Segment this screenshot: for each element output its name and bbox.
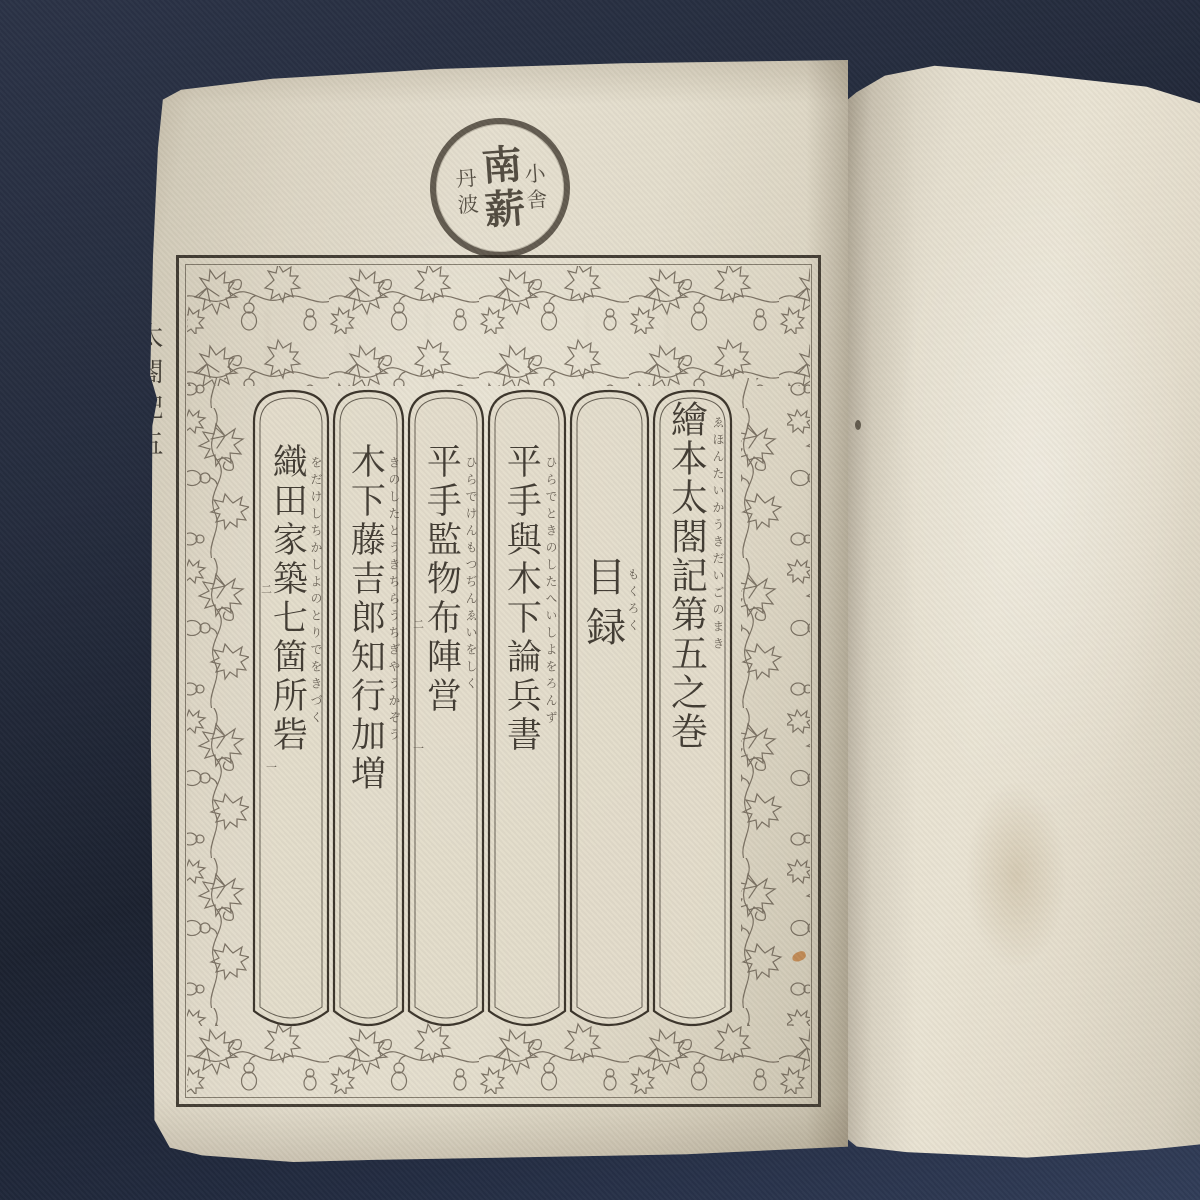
printed-contents-page: 丹波 南薪 小舎 太閤記五 (146, 60, 848, 1162)
printed-frame: 繪本太閤記第五之巻 ゑほんたいかうきだいごのまき 目録 もくろく 平手與木下論兵… (176, 255, 821, 1107)
volume-title: 繪本太閤記第五之巻 (666, 400, 704, 751)
blank-right-page (846, 58, 1200, 1162)
photo-background: 丹波 南薪 小舎 太閤記五 (0, 0, 1200, 1200)
entry-3-furigana: きのしたとうきちらうちぎやうかぞう (388, 456, 400, 745)
entry-4-furigana: をだけしちかしよのとりでをきづく (310, 456, 322, 728)
entry-2-kaeriten-upper: 二 (413, 616, 424, 632)
entry-2-kaeriten-lower: 一 (413, 740, 424, 756)
seal-text-right: 丹波 (454, 167, 479, 220)
ink-speck (855, 420, 861, 430)
entry-1-title: 平手與木下論兵書 (503, 443, 539, 755)
tablet-columns (254, 391, 731, 1025)
pillar-title-fragment-wrap: 太閤記五 (148, 322, 168, 532)
pillar-title-fragment: 太閤記五 (148, 322, 161, 466)
volume-title-furigana: ゑほんたいかうきだいごのまき (712, 416, 724, 654)
seal-text-center: 南薪 (477, 143, 523, 234)
seal-text-left: 小舎 (522, 162, 547, 215)
paper-repair-stain (966, 783, 1066, 968)
entry-3-title: 木下藤吉郎知行加増 (347, 443, 383, 794)
entry-1-furigana: ひらでときのしたへいしよをろんず (545, 456, 557, 728)
entry-2-title: 平手監物布陣営 (423, 443, 459, 716)
entry-2-furigana: ひらでけんもつぢんゑいをしく (465, 456, 477, 694)
collector-seal: 丹波 南薪 小舎 (425, 113, 574, 262)
contents-label: 目録 (581, 556, 623, 656)
entry-4-title: 織田家築七箇所砦 (269, 443, 305, 755)
contents-label-furigana: もくろく (627, 568, 639, 636)
entry-4-kaeriten-lower: 一 (266, 759, 277, 775)
entry-4-kaeriten-upper: 二 (261, 581, 272, 597)
